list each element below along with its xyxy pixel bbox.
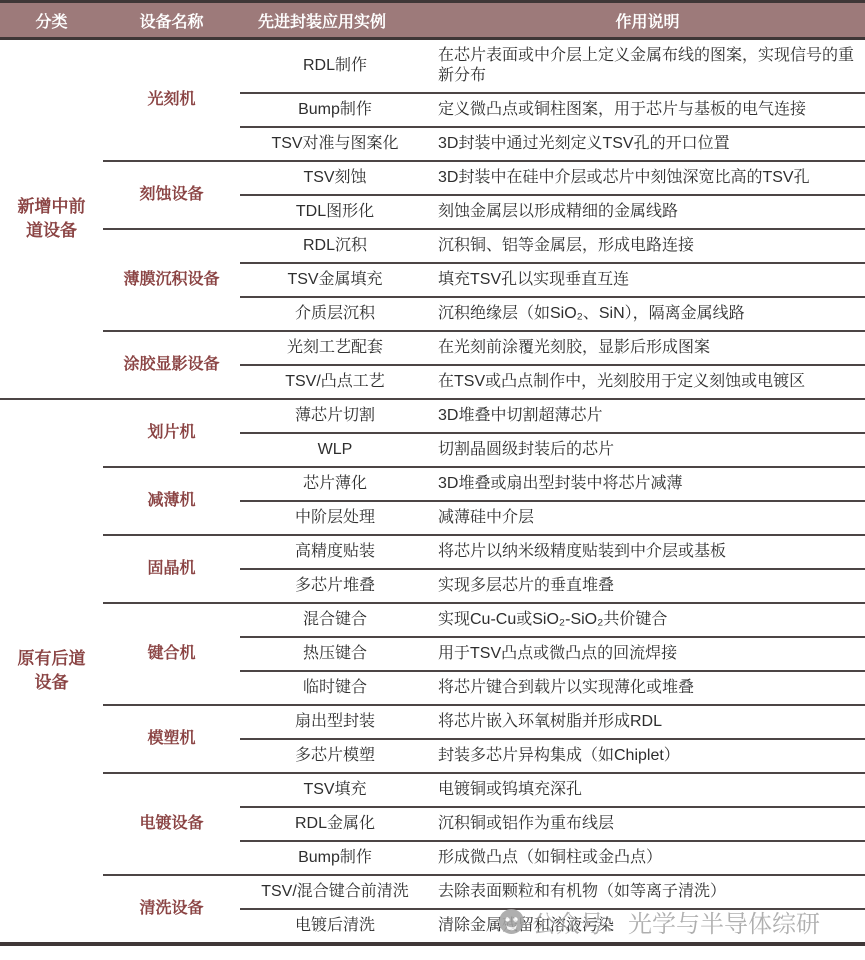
application-cell: RDL沉积 bbox=[240, 229, 430, 263]
application-cell: TDL图形化 bbox=[240, 195, 430, 229]
equipment-cell: 划片机 bbox=[103, 399, 240, 467]
header-row: 分类 设备名称 先进封装应用实例 作用说明 bbox=[0, 2, 865, 39]
equipment-cell: 刻蚀设备 bbox=[103, 161, 240, 229]
description-cell: 电镀铜或钨填充深孔 bbox=[430, 773, 865, 807]
description-cell: 沉积绝缘层（如SiO₂、SiN），隔离金属线路 bbox=[430, 297, 865, 331]
application-cell: TSV金属填充 bbox=[240, 263, 430, 297]
table-row: 新增中前道设备 光刻机 RDL制作 在芯片表面或中介层上定义金属布线的图案，实现… bbox=[0, 39, 865, 94]
description-cell: 去除表面颗粒和有机物（如等离子清洗） bbox=[430, 875, 865, 909]
header-category: 分类 bbox=[0, 2, 103, 39]
application-cell: WLP bbox=[240, 433, 430, 467]
application-cell: 光刻工艺配套 bbox=[240, 331, 430, 365]
table-row: 涂胶显影设备 光刻工艺配套 在光刻前涂覆光刻胶，显影后形成图案 bbox=[0, 331, 865, 365]
application-cell: RDL制作 bbox=[240, 39, 430, 94]
description-cell: 沉积铜、铝等金属层，形成电路连接 bbox=[430, 229, 865, 263]
description-cell: 将芯片以纳米级精度贴装到中介层或基板 bbox=[430, 535, 865, 569]
description-cell: 在光刻前涂覆光刻胶，显影后形成图案 bbox=[430, 331, 865, 365]
table-row: 刻蚀设备 TSV刻蚀 3D封装中在硅中介层或芯片中刻蚀深宽比高的TSV孔 bbox=[0, 161, 865, 195]
application-cell: 扇出型封装 bbox=[240, 705, 430, 739]
application-cell: 热压键合 bbox=[240, 637, 430, 671]
description-cell: 3D堆叠或扇出型封装中将芯片减薄 bbox=[430, 467, 865, 501]
header-equipment: 设备名称 bbox=[103, 2, 240, 39]
description-cell: 定义微凸点或铜柱图案，用于芯片与基板的电气连接 bbox=[430, 93, 865, 127]
description-cell: 3D封装中通过光刻定义TSV孔的开口位置 bbox=[430, 127, 865, 161]
application-cell: TSV对准与图案化 bbox=[240, 127, 430, 161]
application-cell: 临时键合 bbox=[240, 671, 430, 705]
description-cell: 清除金属残留和溶液污染 bbox=[430, 909, 865, 944]
application-cell: TSV填充 bbox=[240, 773, 430, 807]
application-cell: Bump制作 bbox=[240, 93, 430, 127]
description-cell: 切割晶圆级封装后的芯片 bbox=[430, 433, 865, 467]
equipment-cell: 涂胶显影设备 bbox=[103, 331, 240, 399]
table-row: 键合机 混合键合 实现Cu-Cu或SiO₂-SiO₂共价键合 bbox=[0, 603, 865, 637]
equipment-table: 分类 设备名称 先进封装应用实例 作用说明 新增中前道设备 光刻机 RDL制作 … bbox=[0, 0, 865, 946]
application-cell: Bump制作 bbox=[240, 841, 430, 875]
table-header: 分类 设备名称 先进封装应用实例 作用说明 bbox=[0, 2, 865, 39]
description-cell: 用于TSV凸点或微凸点的回流焊接 bbox=[430, 637, 865, 671]
equipment-cell: 固晶机 bbox=[103, 535, 240, 603]
table-row: 模塑机 扇出型封装 将芯片嵌入环氧树脂并形成RDL bbox=[0, 705, 865, 739]
description-cell: 将芯片键合到载片以实现薄化或堆叠 bbox=[430, 671, 865, 705]
description-cell: 实现Cu-Cu或SiO₂-SiO₂共价键合 bbox=[430, 603, 865, 637]
description-cell: 在芯片表面或中介层上定义金属布线的图案，实现信号的重新分布 bbox=[430, 39, 865, 94]
application-cell: 多芯片模塑 bbox=[240, 739, 430, 773]
description-cell: 封装多芯片异构集成（如Chiplet） bbox=[430, 739, 865, 773]
application-cell: 中阶层处理 bbox=[240, 501, 430, 535]
equipment-cell: 光刻机 bbox=[103, 39, 240, 162]
table-row: 原有后道设备 划片机 薄芯片切割 3D堆叠中切割超薄芯片 bbox=[0, 399, 865, 433]
table-row: 固晶机 高精度贴装 将芯片以纳米级精度贴装到中介层或基板 bbox=[0, 535, 865, 569]
header-application: 先进封装应用实例 bbox=[240, 2, 430, 39]
description-cell: 实现多层芯片的垂直堆叠 bbox=[430, 569, 865, 603]
description-cell: 减薄硅中介层 bbox=[430, 501, 865, 535]
description-cell: 3D封装中在硅中介层或芯片中刻蚀深宽比高的TSV孔 bbox=[430, 161, 865, 195]
application-cell: 芯片薄化 bbox=[240, 467, 430, 501]
table-row: 电镀设备 TSV填充 电镀铜或钨填充深孔 bbox=[0, 773, 865, 807]
description-cell: 沉积铜或铝作为重布线层 bbox=[430, 807, 865, 841]
page: 分类 设备名称 先进封装应用实例 作用说明 新增中前道设备 光刻机 RDL制作 … bbox=[0, 0, 865, 960]
equipment-cell: 薄膜沉积设备 bbox=[103, 229, 240, 331]
description-cell: 在TSV或凸点制作中，光刻胶用于定义刻蚀或电镀区 bbox=[430, 365, 865, 399]
category-cell: 新增中前道设备 bbox=[0, 39, 103, 400]
description-cell: 刻蚀金属层以形成精细的金属线路 bbox=[430, 195, 865, 229]
application-cell: TSV/凸点工艺 bbox=[240, 365, 430, 399]
table-row: 薄膜沉积设备 RDL沉积 沉积铜、铝等金属层，形成电路连接 bbox=[0, 229, 865, 263]
equipment-cell: 减薄机 bbox=[103, 467, 240, 535]
description-cell: 填充TSV孔以实现垂直互连 bbox=[430, 263, 865, 297]
application-cell: 薄芯片切割 bbox=[240, 399, 430, 433]
description-cell: 将芯片嵌入环氧树脂并形成RDL bbox=[430, 705, 865, 739]
description-cell: 3D堆叠中切割超薄芯片 bbox=[430, 399, 865, 433]
equipment-cell: 清洗设备 bbox=[103, 875, 240, 944]
application-cell: 电镀后清洗 bbox=[240, 909, 430, 944]
application-cell: TSV/混合键合前清洗 bbox=[240, 875, 430, 909]
application-cell: 高精度贴装 bbox=[240, 535, 430, 569]
category-cell: 原有后道设备 bbox=[0, 399, 103, 944]
table-row: 清洗设备 TSV/混合键合前清洗 去除表面颗粒和有机物（如等离子清洗） bbox=[0, 875, 865, 909]
equipment-cell: 模塑机 bbox=[103, 705, 240, 773]
table-row: 减薄机 芯片薄化 3D堆叠或扇出型封装中将芯片减薄 bbox=[0, 467, 865, 501]
equipment-cell: 键合机 bbox=[103, 603, 240, 705]
equipment-cell: 电镀设备 bbox=[103, 773, 240, 875]
application-cell: 混合键合 bbox=[240, 603, 430, 637]
application-cell: 多芯片堆叠 bbox=[240, 569, 430, 603]
application-cell: RDL金属化 bbox=[240, 807, 430, 841]
application-cell: 介质层沉积 bbox=[240, 297, 430, 331]
header-description: 作用说明 bbox=[430, 2, 865, 39]
description-cell: 形成微凸点（如铜柱或金凸点） bbox=[430, 841, 865, 875]
application-cell: TSV刻蚀 bbox=[240, 161, 430, 195]
